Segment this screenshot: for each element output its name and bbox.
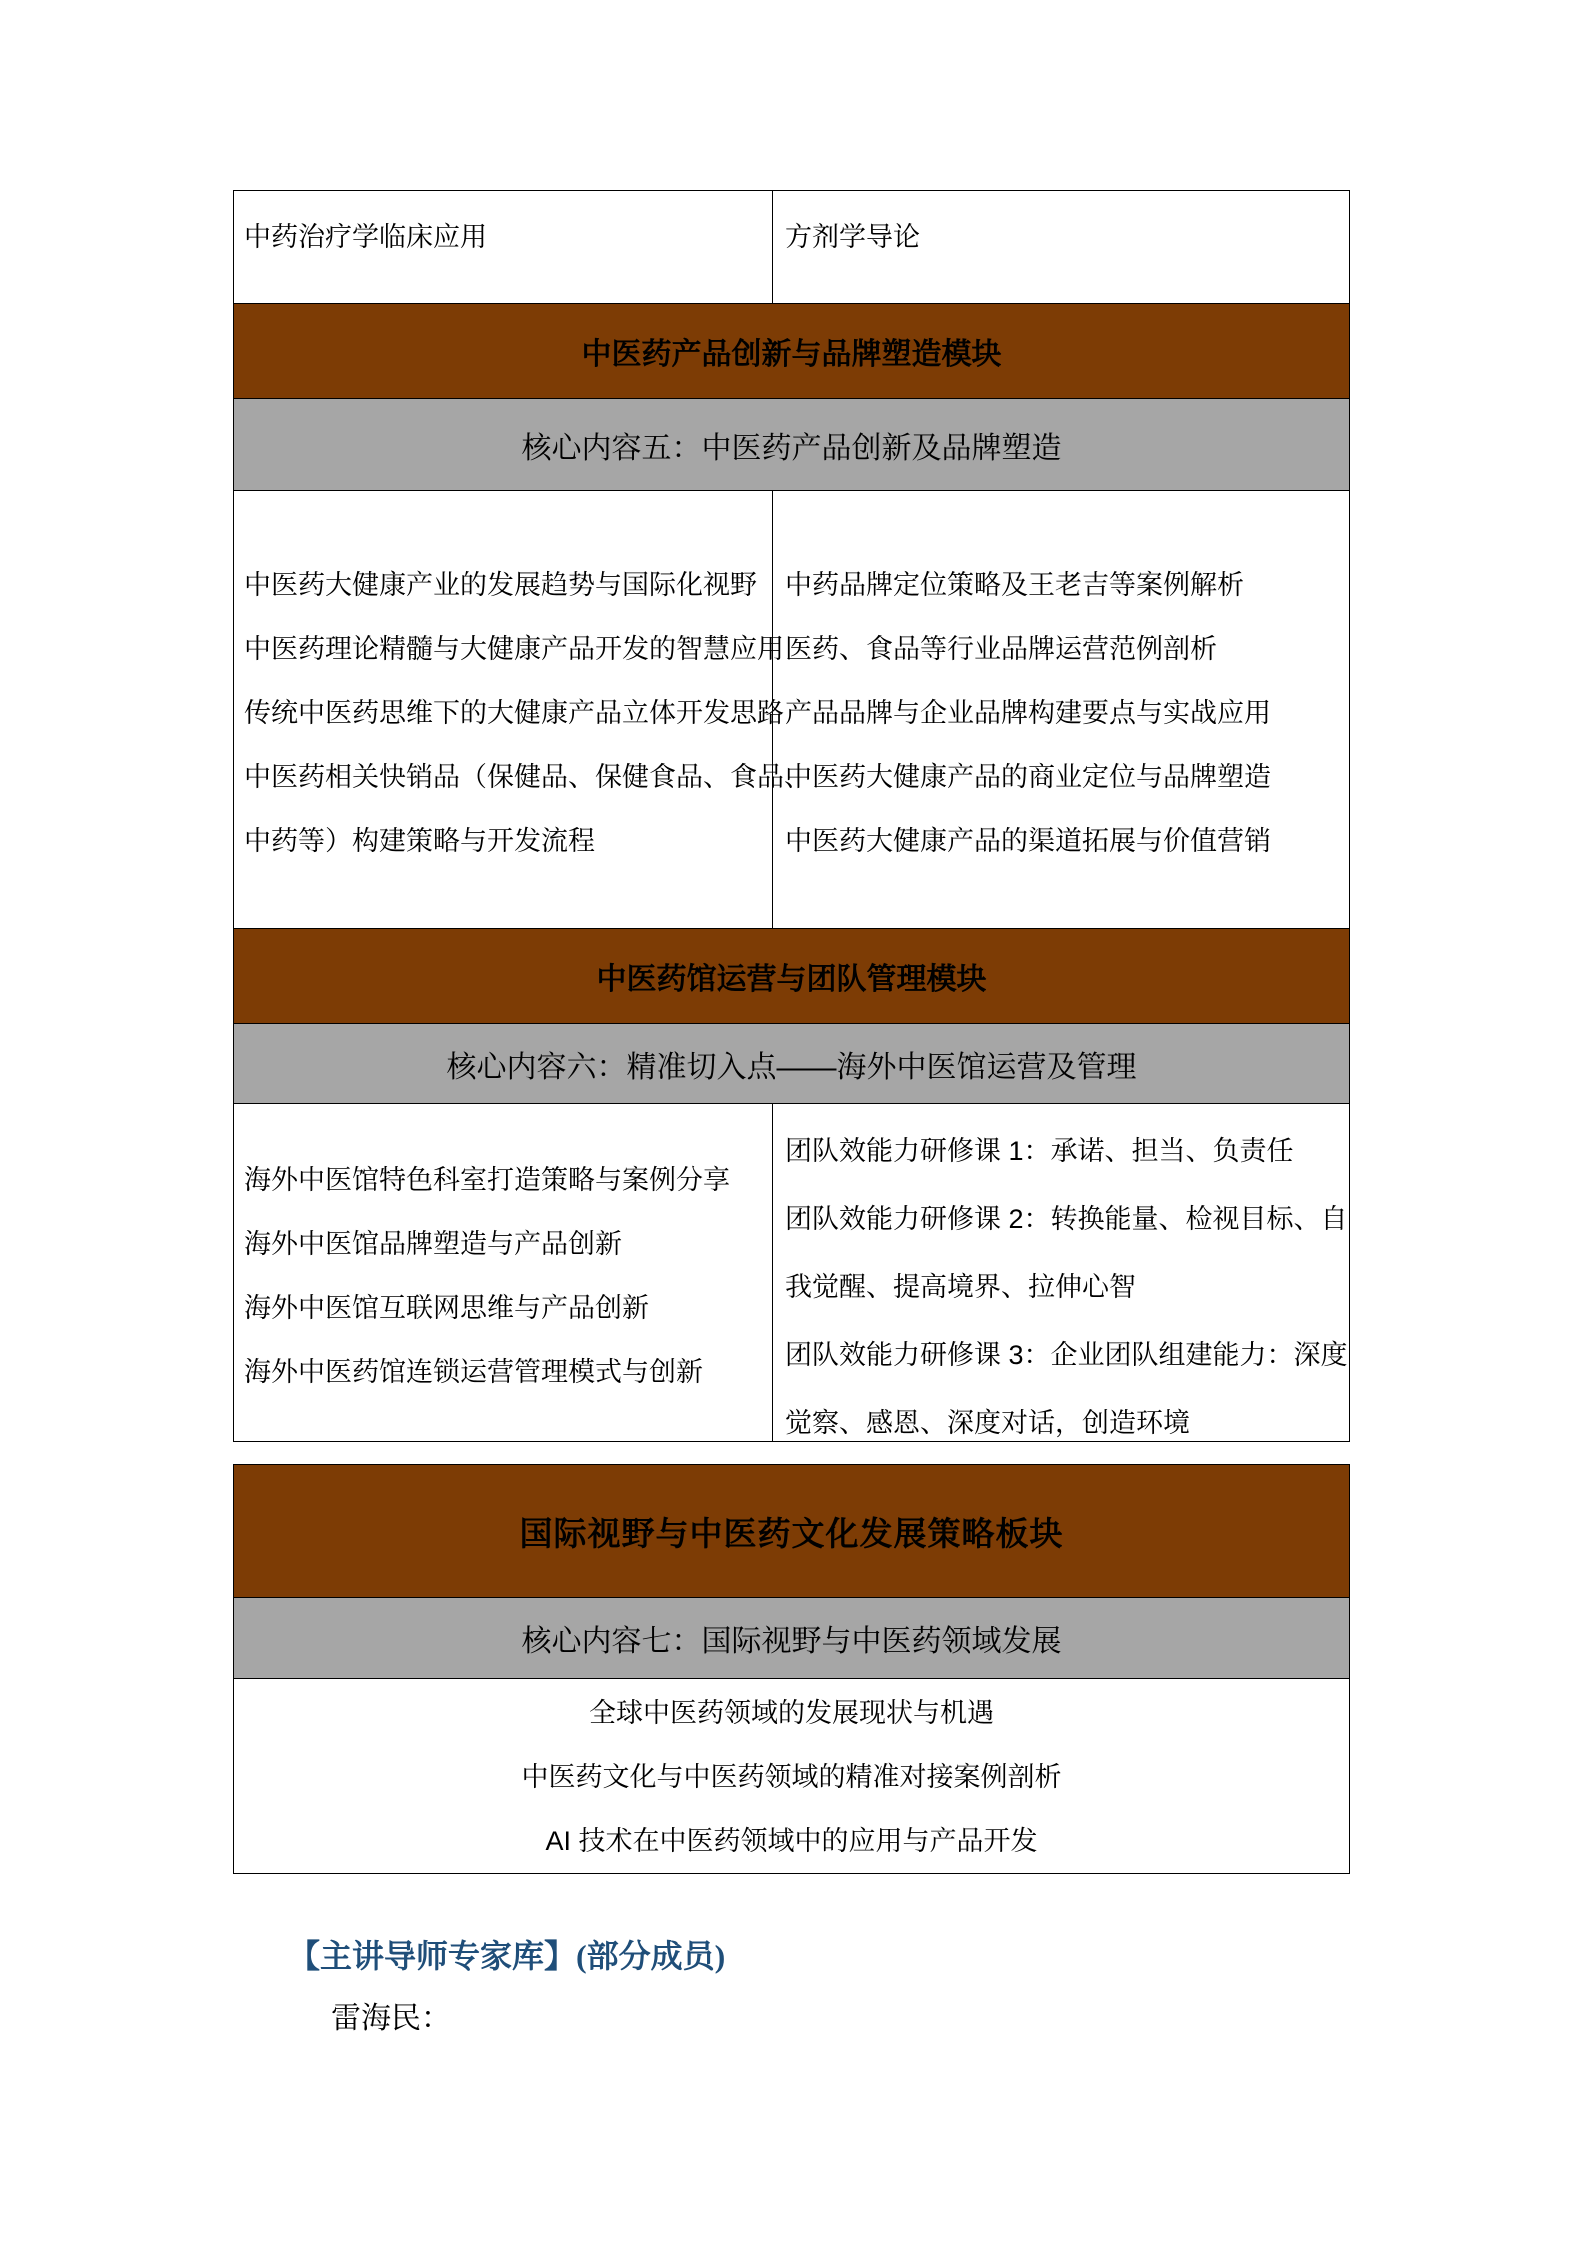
course-text: 中药治疗学临床应用 bbox=[244, 205, 772, 269]
module6-banner: 中医药馆运营与团队管理模块 bbox=[234, 929, 1349, 1024]
course-cell-left: 中药治疗学临床应用 bbox=[234, 191, 773, 303]
module6-core-header: 核心内容六：精准切入点——海外中医馆运营及管理 bbox=[234, 1024, 1349, 1104]
module7-banner: 国际视野与中医药文化发展策略板块 bbox=[234, 1465, 1349, 1598]
module5-core-header: 核心内容五：中医药产品创新及品牌塑造 bbox=[234, 399, 1349, 491]
course-line: 中医药大健康产品的商业定位与品牌塑造 bbox=[785, 745, 1349, 809]
course-cell-right: 方剂学导论 bbox=[773, 191, 1349, 303]
course-line: 团队效能力研修课 3：企业团队组建能力：深度 bbox=[785, 1321, 1349, 1389]
module5-banner: 中医药产品创新与品牌塑造模块 bbox=[234, 304, 1349, 399]
module5-left-column: 中医药大健康产业的发展趋势与国际化视野 中医药理论精髓与大健康产品开发的智慧应用… bbox=[234, 491, 773, 928]
course-line: 产品品牌与企业品牌构建要点与实战应用 bbox=[785, 681, 1349, 745]
module7-content-row: 全球中医药领域的发展现状与机遇 中医药文化与中医药领域的精准对接案例剖析 AI … bbox=[234, 1679, 1349, 1873]
course-line: 中医药文化与中医药领域的精准对接案例剖析 bbox=[234, 1745, 1349, 1809]
course-text: 方剂学导论 bbox=[785, 205, 1349, 269]
course-line: 海外中医馆互联网思维与产品创新 bbox=[244, 1276, 772, 1340]
module5-right-column: 中药品牌定位策略及王老吉等案例解析 医药、食品等行业品牌运营范例剖析 产品品牌与… bbox=[773, 491, 1349, 928]
course-line: 医药、食品等行业品牌运营范例剖析 bbox=[785, 617, 1349, 681]
course-line: 海外中医药馆连锁运营管理模式与创新 bbox=[244, 1340, 772, 1404]
course-line: 中医药理论精髓与大健康产品开发的智慧应用 bbox=[244, 617, 772, 681]
course-line: 中医药大健康产品的渠道拓展与价值营销 bbox=[785, 809, 1349, 873]
course-line: 全球中医药领域的发展现状与机遇 bbox=[234, 1681, 1349, 1745]
course-line: AI 技术在中医药领域中的应用与产品开发 bbox=[234, 1809, 1349, 1873]
course-line: 团队效能力研修课 2：转换能量、检视目标、自 bbox=[785, 1185, 1349, 1253]
course-line: 觉察、感恩、深度对话，创造环境 bbox=[785, 1389, 1349, 1457]
module7-core-header: 核心内容七：国际视野与中医药领域发展 bbox=[234, 1598, 1349, 1679]
module6-content-row: 海外中医馆特色科室打造策略与案例分享 海外中医馆品牌塑造与产品创新 海外中医馆互… bbox=[234, 1104, 1349, 1441]
module6-left-column: 海外中医馆特色科室打造策略与案例分享 海外中医馆品牌塑造与产品创新 海外中医馆互… bbox=[234, 1104, 773, 1441]
international-table: 国际视野与中医药文化发展策略板块 核心内容七：国际视野与中医药领域发展 全球中医… bbox=[233, 1464, 1350, 1874]
document-page: 中药治疗学临床应用 方剂学导论 中医药产品创新与品牌塑造模块 核心内容五：中医药… bbox=[0, 0, 1587, 2245]
experts-section-heading: 【主讲导师专家库】(部分成员) bbox=[288, 1934, 725, 1978]
module6-right-column: 团队效能力研修课 1：承诺、担当、负责任 团队效能力研修课 2：转换能量、检视目… bbox=[773, 1104, 1349, 1441]
course-line: 团队效能力研修课 1：承诺、担当、负责任 bbox=[785, 1117, 1349, 1185]
course-line: 中医药相关快销品（保健品、保健食品、食品、 bbox=[244, 745, 772, 809]
course-line: 中药品牌定位策略及王老吉等案例解析 bbox=[785, 553, 1349, 617]
course-line: 中药等）构建策略与开发流程 bbox=[244, 809, 772, 873]
course-line: 我觉醒、提高境界、拉伸心智 bbox=[785, 1253, 1349, 1321]
course-line: 中医药大健康产业的发展趋势与国际化视野 bbox=[244, 553, 772, 617]
course-line: 海外中医馆特色科室打造策略与案例分享 bbox=[244, 1148, 772, 1212]
course-line: 海外中医馆品牌塑造与产品创新 bbox=[244, 1212, 772, 1276]
course-row-previous: 中药治疗学临床应用 方剂学导论 bbox=[234, 191, 1349, 304]
expert-name: 雷海民： bbox=[331, 1998, 451, 2040]
curriculum-table: 中药治疗学临床应用 方剂学导论 中医药产品创新与品牌塑造模块 核心内容五：中医药… bbox=[233, 190, 1350, 1442]
course-line: 传统中医药思维下的大健康产品立体开发思路 bbox=[244, 681, 772, 745]
module5-content-row: 中医药大健康产业的发展趋势与国际化视野 中医药理论精髓与大健康产品开发的智慧应用… bbox=[234, 491, 1349, 929]
